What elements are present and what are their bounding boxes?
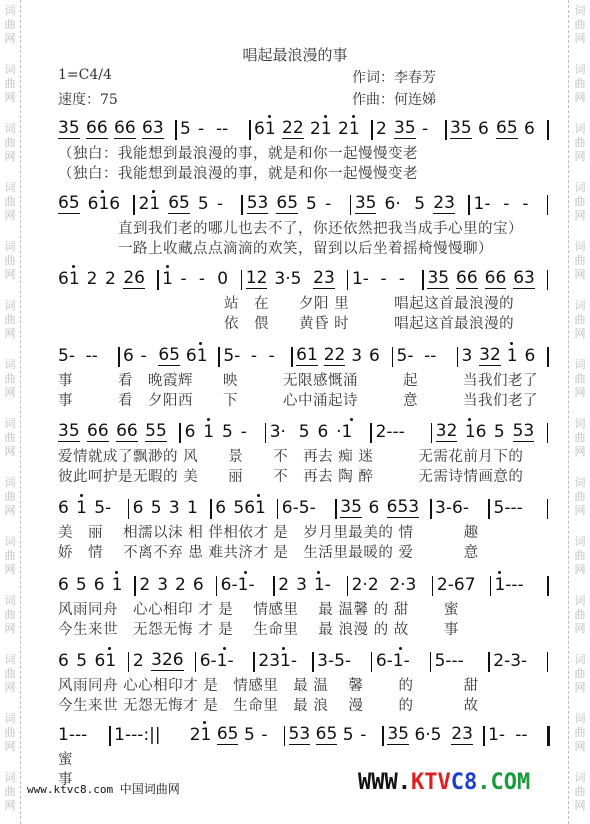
note-group: 6: [369, 345, 380, 367]
barline: [547, 423, 549, 443]
lyric-line: 事 看 夕阳西 下 心中涌起诗 意 当我们老了: [58, 389, 538, 410]
note-group: 23: [451, 724, 473, 745]
note-group: 3: [296, 574, 307, 596]
lyric-line: 爱情就成了飘渺的 风 景 不 再去 痴 迷 无需花前月下的: [58, 445, 523, 466]
note-group: 6·: [385, 193, 401, 215]
note-group: 2: [133, 650, 144, 672]
note-group: -: [251, 345, 257, 367]
note-group: 5: [76, 650, 87, 672]
note-group: 66: [116, 421, 138, 442]
logo-part-c8: C8: [451, 770, 478, 795]
note-group: 35: [427, 268, 449, 289]
barline: [431, 423, 433, 443]
note-group: 5: [343, 724, 354, 746]
note-group: 2: [105, 268, 116, 290]
note-group: 326: [151, 650, 183, 671]
note-group: 5-: [397, 345, 414, 367]
note-group: -: [522, 193, 528, 215]
note-group: 6: [58, 650, 69, 672]
note-group: 653: [387, 497, 419, 518]
note-group: 6: [478, 118, 489, 140]
note-group: 1: [162, 268, 173, 290]
barline: [370, 423, 372, 443]
watermark-group: 词曲网: [572, 240, 588, 282]
note-group: 6: [58, 574, 69, 596]
watermark-group: 词曲网: [2, 4, 18, 46]
note-group: 3-5-: [317, 650, 351, 672]
note-group: --: [86, 345, 98, 367]
note-group: 35: [58, 118, 80, 139]
note-group: 16: [465, 421, 487, 443]
note-group: 65: [217, 724, 239, 745]
watermark-group: 词曲网: [572, 63, 588, 105]
note-group: 2: [87, 268, 98, 290]
note-group: 2---: [376, 421, 405, 443]
barline: [490, 576, 492, 596]
note-group: 6-1-: [200, 650, 234, 672]
note-group: 231-: [258, 650, 297, 672]
note-group: 2: [175, 574, 186, 596]
note-group: 65: [276, 193, 298, 214]
octave-dot: [72, 265, 75, 268]
watermark-group: 词曲网: [572, 299, 588, 341]
note-group: -: [325, 193, 331, 215]
notation-row: 6122261--0123·5231---35666663: [58, 268, 558, 290]
notation-row: 1---1---:||21655-53655-356·5231---: [58, 724, 558, 746]
lyric-line: （独白：我能想到最浪漫的事，就是和你一起慢慢变老: [58, 142, 418, 163]
note-group: 5---: [494, 497, 523, 519]
note-group: 5: [306, 193, 317, 215]
lyric-line: 一路上收藏点点滴滴的欢笑，留到以后坐着摇椅慢慢聊）: [118, 237, 493, 258]
watermark-group: 词曲网: [572, 181, 588, 223]
watermark-group: 词曲网: [2, 63, 18, 105]
note-group: 61: [58, 268, 80, 290]
watermark-group: 词曲网: [2, 712, 18, 754]
note-group: 66: [485, 268, 507, 289]
barline: [445, 120, 447, 140]
note-group: 6: [215, 497, 226, 519]
barline: [371, 652, 373, 672]
note-group: 6: [369, 497, 380, 519]
note-group: 21: [190, 724, 212, 746]
site-logo[interactable]: WWW.KTVC8.COM: [358, 770, 530, 795]
note-group: -: [360, 724, 366, 746]
notation-row: 35666655615-3·56·12---3216553: [58, 421, 558, 443]
octave-dot: [257, 494, 260, 497]
barline: [392, 347, 394, 367]
note-group: 3·5: [274, 268, 301, 290]
lyric-line: 事 看 晚霞辉 映 无限感慨涌 起 当我们老了: [58, 369, 538, 390]
notation-row: 615-653165616-5-3566533-6-5---: [58, 497, 558, 519]
note-group: 6: [94, 574, 105, 596]
note-group: 21: [338, 118, 360, 140]
barline: [157, 270, 159, 290]
note-group: 61: [94, 650, 116, 672]
octave-dot: [268, 115, 271, 118]
lyricist: 作词：李春芳: [352, 67, 436, 87]
note-group: 65: [496, 118, 518, 139]
note-group: 61: [186, 345, 208, 367]
composer: 作曲：何连娣: [352, 89, 436, 109]
song-title: 唱起最浪漫的事: [0, 44, 590, 65]
watermark-group: 词曲网: [2, 476, 18, 518]
note-group: 1---:||: [114, 724, 160, 746]
note-group: 63: [142, 118, 164, 139]
barline: [216, 576, 218, 596]
watermark-group: 词曲网: [572, 771, 588, 813]
barline: [335, 499, 337, 519]
note-group: 32: [436, 421, 458, 442]
lyric-line: 依 偎 黄昏 时 唱起这首最浪漫的: [224, 312, 514, 333]
note-group: 3: [157, 574, 168, 596]
note-group: 2: [278, 574, 289, 596]
watermark-group: 词曲网: [2, 358, 18, 400]
watermark-group: 词曲网: [2, 417, 18, 459]
barline: [468, 195, 470, 215]
barline: [134, 576, 136, 596]
note-group: 1---: [494, 574, 523, 596]
note-group: 1: [112, 574, 123, 596]
notation-row: 6561621655-53655-356·5231---: [58, 193, 558, 215]
barline: [347, 576, 349, 596]
lyric-line: 直到我们老的哪儿也去不了，你还依然把我当成手心里的宝）: [118, 217, 523, 238]
barline: [488, 652, 490, 672]
note-group: 5-: [223, 345, 240, 367]
barline: [547, 120, 549, 140]
note-group: 616: [88, 193, 120, 215]
barline: [547, 499, 549, 519]
barline: [483, 726, 485, 746]
note-group: 35: [450, 118, 472, 139]
barline: [547, 576, 549, 596]
barline: [133, 195, 135, 215]
lyric-line: 今生来世 无怨无悔 才 是 生命里 最 浪漫 的 故 事: [58, 618, 459, 639]
note-group: 66: [114, 118, 136, 139]
note-group: 3-6-: [435, 497, 469, 519]
note-group: 53: [289, 724, 311, 745]
note-group: 1-: [352, 268, 369, 290]
watermark-group: 词曲网: [572, 594, 588, 636]
note-group: 12: [246, 268, 268, 289]
note-group: 6-1-: [221, 574, 255, 596]
barline: [128, 499, 130, 519]
footer-site-name: 中国词曲网: [120, 782, 180, 796]
note-group: 6: [193, 574, 204, 596]
barline: [547, 270, 549, 290]
note-group: 66: [456, 268, 478, 289]
note-group: --: [424, 345, 436, 367]
note-group: 5: [151, 497, 162, 519]
barline: [277, 499, 279, 519]
note-group: 2: [376, 118, 387, 140]
note-group: 65: [158, 345, 180, 366]
barline: [547, 652, 549, 672]
note-group: 6: [317, 421, 328, 443]
watermark-group: 词曲网: [572, 417, 588, 459]
lyric-line: （独白：我能想到最浪漫的事，就是和你一起慢慢变老: [58, 162, 418, 183]
note-group: 2·2: [352, 574, 379, 596]
notation-row: 5---6-65615---6122365---33216: [58, 345, 558, 367]
note-group: 5: [76, 574, 87, 596]
note-group: --: [515, 724, 527, 746]
right-margin-line: [568, 0, 569, 824]
note-group: 3: [169, 497, 180, 519]
note-group: 6-1-: [376, 650, 410, 672]
note-group: 1: [187, 497, 198, 519]
note-group: --: [216, 118, 228, 140]
note-group: -: [241, 421, 247, 443]
barline: [273, 576, 275, 596]
octave-dot: [498, 571, 501, 574]
barline: [382, 726, 384, 746]
note-group: -: [381, 268, 387, 290]
note-group: 1-: [314, 574, 331, 596]
logo-part-ktv: KTV: [411, 770, 451, 795]
note-group: 6: [123, 345, 134, 367]
note-group: 61: [296, 345, 318, 366]
barline: [210, 499, 212, 519]
watermark-group: 词曲网: [2, 535, 18, 577]
note-group: 21: [139, 193, 161, 215]
note-group: 65: [168, 193, 190, 214]
barline: [547, 347, 549, 367]
barline: [179, 423, 181, 443]
barline: [241, 270, 243, 290]
lyric-line: 站 在 夕阳 里 唱起这首最浪漫的: [224, 292, 514, 313]
watermark-group: 词曲网: [2, 240, 18, 282]
note-group: 1-: [488, 724, 505, 746]
note-group: 3: [351, 345, 362, 367]
note-group: 23: [313, 268, 335, 289]
logo-part-www: WWW.: [358, 770, 411, 795]
barline: [432, 576, 434, 596]
note-group: 5-: [58, 345, 75, 367]
watermark-group: 词曲网: [2, 122, 18, 164]
note-group: 2·3: [389, 574, 416, 596]
note-group: 1: [507, 345, 518, 367]
lyric-line: 彼此呵护是无暇的 美 丽 不 再去 陶 醉 无需诗情画意的: [58, 465, 523, 486]
lyric-line: 风雨同舟 心心相印才 是 情感里 最 温 馨 的 甜: [58, 674, 479, 695]
note-group: 65: [316, 724, 338, 745]
watermark-group: 词曲网: [2, 299, 18, 341]
footer-site-url[interactable]: www.ktvc8.com: [27, 783, 113, 796]
note-group: 35: [58, 421, 80, 442]
watermark-group: 词曲网: [572, 122, 588, 164]
octave-dot: [108, 647, 111, 650]
note-group: 3·: [270, 421, 286, 443]
left-margin-line: [20, 0, 21, 824]
note-group: 53: [513, 421, 535, 442]
barline: [422, 270, 424, 290]
note-group: 5: [222, 421, 233, 443]
note-group: 22: [282, 118, 304, 139]
note-group: -: [269, 345, 275, 367]
key-signature: 1=C4/4: [58, 67, 112, 83]
barline: [218, 347, 220, 367]
octave-dot: [352, 115, 355, 118]
note-group: 1: [203, 421, 214, 443]
footer-site: www.ktvc8.com 中国词曲网: [27, 780, 180, 797]
note-group: 2: [139, 574, 150, 596]
note-group: 26: [123, 268, 145, 289]
barline: [547, 195, 549, 215]
note-group: 65: [58, 193, 80, 214]
lyric-line: 美 丽 相濡以沫 相 伴相依才 是 岁月里最美的 情 趣: [58, 521, 479, 542]
barline: [175, 120, 177, 140]
octave-dot: [282, 647, 285, 650]
note-group: 35: [394, 118, 416, 139]
note-group: 66: [87, 421, 109, 442]
watermark-group: 词曲网: [572, 358, 588, 400]
note-group: -: [199, 268, 205, 290]
watermark-group: 词曲网: [2, 771, 18, 813]
note-group: 23: [433, 193, 455, 214]
lyric-line: 今生来世 无怨无悔才 是 生命里 最 浪 漫 的 故: [58, 694, 479, 715]
notation-row: 356666635---61222121235-356656: [58, 118, 558, 140]
barline: [249, 120, 251, 140]
notation-row: 656123266-1-231-3-5-6-1-5---2-3-: [58, 650, 558, 672]
note-group: 0: [217, 268, 228, 290]
barline: [284, 726, 286, 746]
note-group: 22: [324, 345, 346, 366]
note-group: 6: [524, 118, 535, 140]
barline: [109, 726, 111, 746]
note-group: 5: [244, 724, 255, 746]
watermark-group: 词曲网: [2, 594, 18, 636]
watermark-group: 词曲网: [2, 181, 18, 223]
note-group: 5: [414, 193, 425, 215]
note-group: -: [217, 193, 223, 215]
note-group: 5---: [435, 650, 464, 672]
note-group: -: [180, 268, 186, 290]
barline: [265, 423, 267, 443]
barline: [118, 347, 120, 367]
note-group: 1: [76, 497, 87, 519]
note-group: 5-: [94, 497, 111, 519]
note-group: 2-67: [437, 574, 476, 596]
watermark-group: 词曲网: [2, 653, 18, 695]
note-group: ·1: [336, 421, 352, 443]
octave-dot: [80, 494, 83, 497]
note-group: -: [399, 268, 405, 290]
note-group: 32: [479, 345, 501, 366]
lyric-line: 风雨同舟 心心相印 才 是 情感里 最 温馨 的 甜 蜜: [58, 598, 459, 619]
note-group: -: [422, 118, 428, 140]
watermark-group: 词曲网: [572, 712, 588, 754]
note-group: 53: [247, 193, 269, 214]
barline: [457, 347, 459, 367]
tempo: 速度：75: [58, 89, 118, 109]
octave-dot: [350, 418, 353, 421]
note-group: 5: [198, 193, 209, 215]
note-group: 35: [387, 724, 409, 745]
note-group: 1---: [58, 724, 87, 746]
barline: [253, 652, 255, 672]
octave-dot: [324, 115, 327, 118]
note-group: 6: [524, 345, 535, 367]
note-group: 6·5: [414, 724, 441, 746]
notation-row: 656123266-1-231-2·22·32-671---: [58, 574, 558, 596]
watermark-group: 词曲网: [572, 653, 588, 695]
barline: [350, 195, 352, 215]
note-group: -: [198, 118, 204, 140]
octave-dot: [207, 418, 210, 421]
note-group: -: [141, 345, 147, 367]
note-group: 2-3-: [493, 650, 527, 672]
note-group: 21: [310, 118, 332, 140]
logo-part-com: .COM: [477, 770, 530, 795]
note-group: 61: [254, 118, 276, 140]
note-group: 55: [145, 421, 167, 442]
barline: [195, 652, 197, 672]
lyric-line: 蜜: [58, 748, 73, 769]
note-group: 63: [513, 268, 535, 289]
barline: [241, 195, 243, 215]
note-group: 3: [461, 345, 472, 367]
note-group: 6: [133, 497, 144, 519]
note-group: 35: [340, 497, 362, 518]
barline: [291, 347, 293, 367]
note-group: 1-: [474, 193, 491, 215]
note-group: 5: [180, 118, 191, 140]
watermark-group: 词曲网: [572, 476, 588, 518]
note-group: 35: [355, 193, 377, 214]
lyric-line: 娇 情 不离不弃 患 难共济才 是 生活里最暖的 爱 意: [58, 541, 479, 562]
note-group: 66: [86, 118, 108, 139]
watermark-group: 词曲网: [572, 535, 588, 577]
watermark-group: 词曲网: [572, 4, 588, 46]
barline: [312, 652, 314, 672]
note-group: 5: [494, 421, 505, 443]
barline: [430, 499, 432, 519]
barline: [430, 652, 432, 672]
note-group: 6: [185, 421, 196, 443]
barline: [488, 499, 490, 519]
barline: [371, 120, 373, 140]
note-group: 6-5-: [282, 497, 316, 519]
octave-dot: [166, 265, 169, 268]
barline: [347, 270, 349, 290]
note-group: 5: [299, 421, 310, 443]
note-group: 6: [58, 497, 69, 519]
note-group: -: [261, 724, 267, 746]
barline: [128, 652, 130, 672]
final-barline: [547, 726, 550, 746]
note-group: -: [503, 193, 509, 215]
note-group: 561: [233, 497, 265, 519]
